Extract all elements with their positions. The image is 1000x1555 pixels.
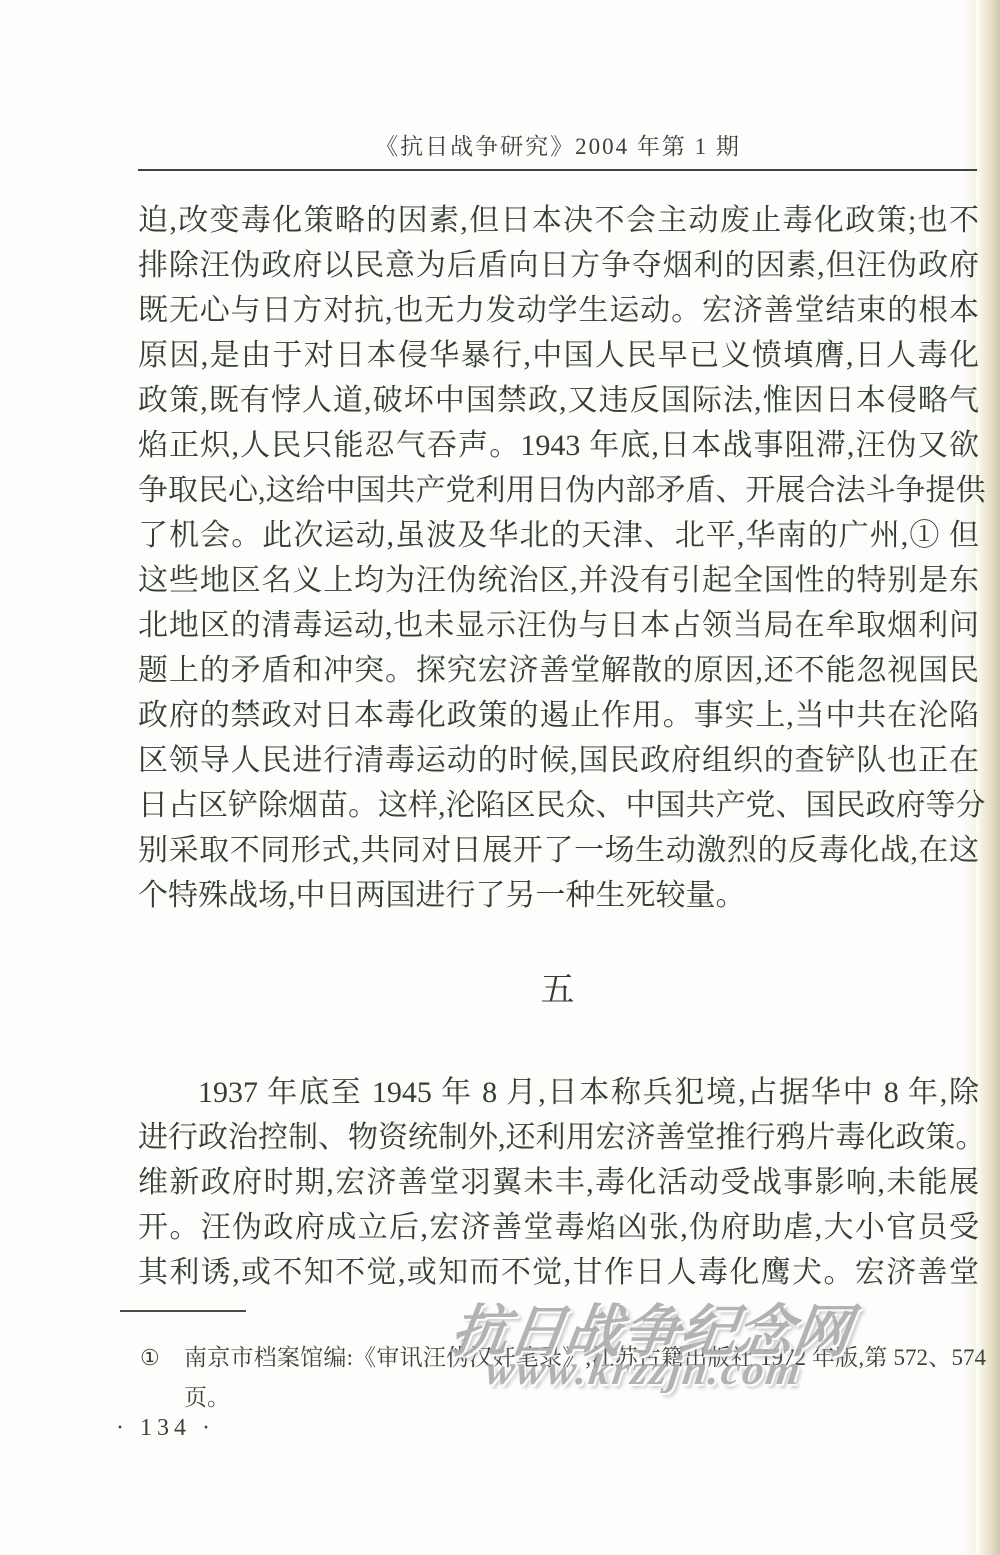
footnote-separator	[120, 1310, 246, 1312]
footnote: ① 南京市档案馆编:《审讯汪伪汉奸笔录》,江苏古籍出版社 1972 年版,第 5…	[140, 1338, 986, 1418]
paragraph-line: 区领导人民进行清毒运动的时候,国民政府组织的查铲队也正在	[138, 738, 979, 783]
paragraph-line: 维新政府时期,宏济善堂羽翼未丰,毒化活动受战事影响,未能展	[138, 1160, 979, 1205]
scan-edge-shadow	[976, 0, 1000, 1555]
paragraph-line: 别采取不同形式,共同对日展开了一场生动激烈的反毒化战,在这	[138, 828, 979, 873]
paragraph-line: 北地区的清毒运动,也未显示汪伪与日本占领当局在牟取烟利问	[138, 603, 979, 648]
paragraph-line: 既无心与日方对抗,也无力发动学生运动。宏济善堂结束的根本	[138, 288, 979, 333]
scanned-journal-page: 《抗日战争研究》2004 年第 1 期 迫,改变毒化策略的因素,但日本决不会主动…	[0, 0, 1000, 1555]
paragraph-line: 迫,改变毒化策略的因素,但日本决不会主动废止毒化政策;也不	[138, 198, 979, 243]
paragraph-line: 政府的禁政对日本毒化政策的遏止作用。事实上,当中共在沦陷	[138, 693, 979, 738]
paragraph-line: 题上的矛盾和冲突。探究宏济善堂解散的原因,还不能忽视国民	[138, 648, 979, 693]
paragraph-line: 其利诱,或不知不觉,或知而不觉,甘作日人毒化鹰犬。宏济善堂	[138, 1250, 979, 1295]
article-body: 迫,改变毒化策略的因素,但日本决不会主动废止毒化政策;也不 排除汪伪政府以民意为…	[138, 198, 979, 1295]
paragraph-line: 政策,既有悖人道,破坏中国禁政,又违反国际法,惟因日本侵略气	[138, 378, 979, 423]
journal-header: 《抗日战争研究》2004 年第 1 期	[138, 128, 978, 161]
footnote-line: 南京市档案馆编:《审讯汪伪汉奸笔录》,江苏古籍出版社 1972 年版,第 572…	[184, 1338, 986, 1378]
paragraph-line: 原因,是由于对日本侵华暴行,中国人民早已义愤填膺,日人毒化	[138, 333, 979, 378]
header-rule	[138, 169, 977, 171]
paragraph-line: 日占区铲除烟苗。这样,沦陷区民众、中国共产党、国民政府等分	[138, 783, 979, 828]
paragraph-line: 个特殊战场,中日两国进行了另一种生死较量。	[138, 873, 979, 918]
paragraph-line: 这些地区名义上均为汪伪统治区,并没有引起全国性的特别是东	[138, 558, 979, 603]
paragraph-line: 开。汪伪政府成立后,宏济善堂毒焰凶张,伪府助虐,大小官员受	[138, 1205, 979, 1250]
paragraph-line: 焰正炽,人民只能忍气吞声。1943 年底,日本战事阻滞,汪伪又欲	[138, 423, 979, 468]
footnote-line: 页。	[184, 1378, 986, 1418]
paragraph-line-with-footnote-ref: 了机会。此次运动,虽波及华北的天津、北平,华南的广州,① 但	[138, 513, 979, 558]
section-heading: 五	[138, 968, 979, 1013]
page-number: · 134 ·	[116, 1415, 215, 1442]
paragraph-line: 1937 年底至 1945 年 8 月,日本称兵犯境,占据华中 8 年,除	[138, 1070, 979, 1115]
footnote-text: 南京市档案馆编:《审讯汪伪汉奸笔录》,江苏古籍出版社 1972 年版,第 572…	[184, 1338, 986, 1418]
paragraph-line: 进行政治控制、物资统制外,还利用宏济善堂推行鸦片毒化政策。	[138, 1115, 979, 1160]
footnote-marker: ①	[140, 1338, 170, 1378]
paragraph-line: 争取民心,这给中国共产党利用日伪内部矛盾、开展合法斗争提供	[138, 468, 979, 513]
paragraph-line: 排除汪伪政府以民意为后盾向日方争夺烟利的因素,但汪伪政府	[138, 243, 979, 288]
